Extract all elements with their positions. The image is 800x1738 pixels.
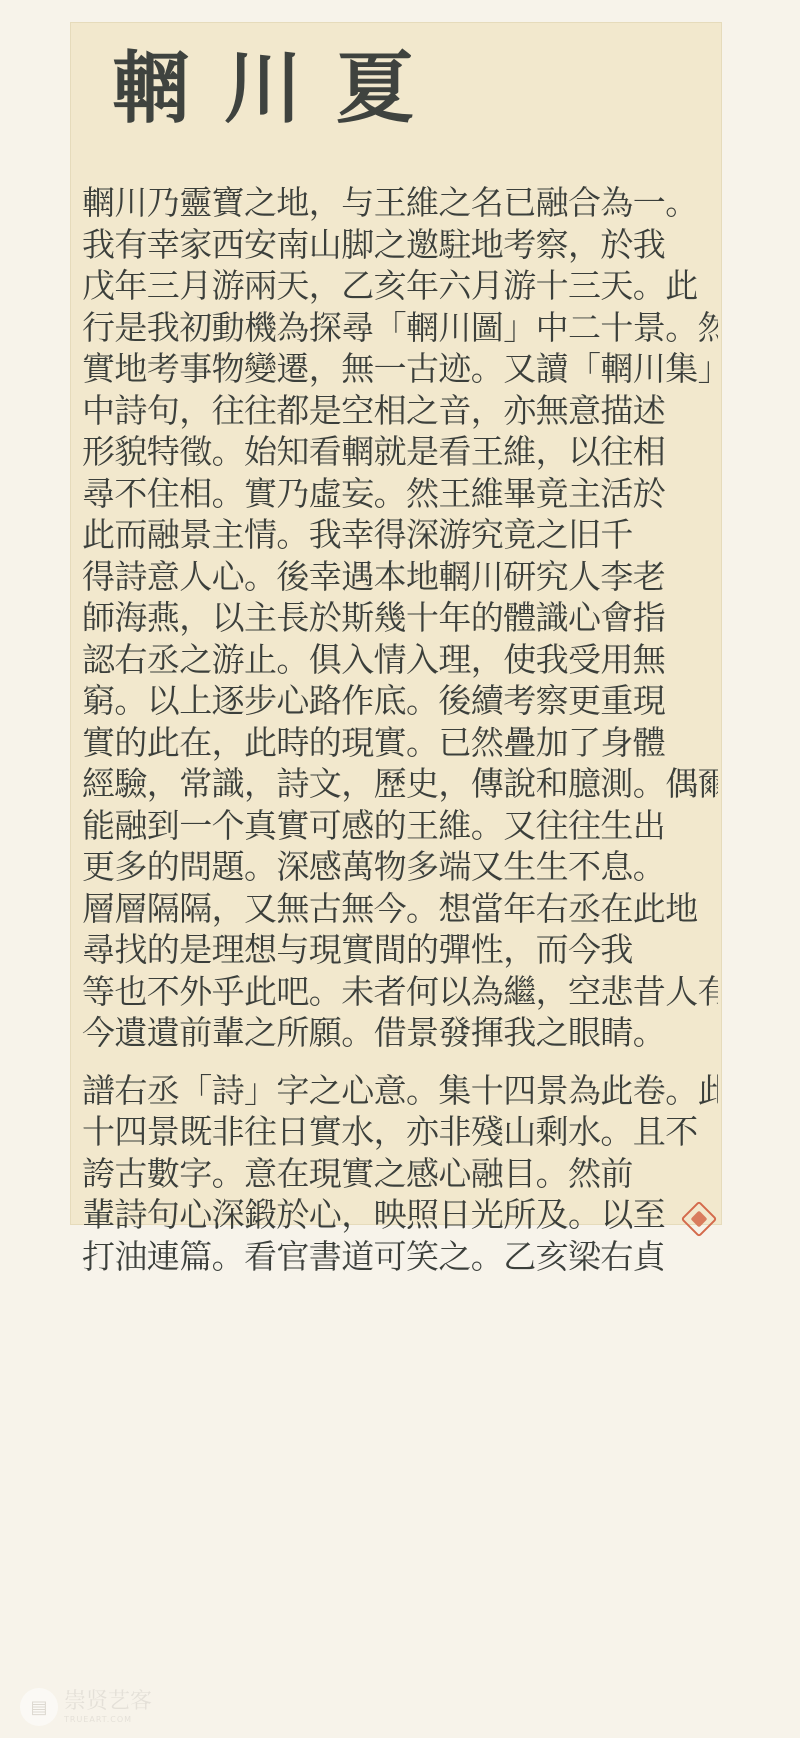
text-line: 尋不住相。實乃虛妄。然王維畢竟主活於	[82, 473, 718, 515]
text-line: 等也不外乎此吧。未者何以為繼，空悲昔人有	[82, 971, 718, 1013]
calligraphy-body: 輞川乃靈寶之地，与王維之名已融合為一。我有幸家西安南山脚之邀駐地考察，於我戊年三…	[82, 182, 718, 1277]
text-line: 實的此在，此時的現實。已然疊加了身體	[82, 722, 718, 764]
text-line: 打油連篇。看官書道可笑之。乙亥梁右貞	[82, 1236, 718, 1278]
text-line: 行是我初動機為探尋「輞川圖」中二十景。然	[82, 307, 718, 349]
text-line: 實地考事物變遷，無一古迹。又讀「輞川集」	[82, 348, 718, 390]
text-line: 層層隔隔，又無古無今。想當年右丞在此地	[82, 888, 718, 930]
watermark-en: TRUEART.COM	[64, 1716, 152, 1724]
chat-bubble-logo-icon: ▤	[20, 1688, 58, 1726]
text-line: 師海燕，以主長於斯幾十年的體識心會指	[82, 597, 718, 639]
watermark-cn: 崇贤艺客	[64, 1691, 152, 1713]
text-line: 經驗，常識，詩文，歷史，傳說和臆測。偶爾	[82, 763, 718, 805]
artwork-title: 輞川夏	[112, 50, 448, 128]
calligraphy-paper: 輞川夏 輞川乃靈寶之地，与王維之名已融合為一。我有幸家西安南山脚之邀駐地考察，於…	[70, 22, 722, 1225]
text-line: 輞川乃靈寶之地，与王維之名已融合為一。	[82, 182, 718, 224]
text-line: 譜右丞「詩」字之心意。集十四景為此卷。此	[82, 1070, 718, 1112]
text-line: 輩詩句心深鍛於心，映照日光所及。以至	[82, 1194, 718, 1236]
text-line: 更多的問題。深感萬物多端又生生不息。	[82, 846, 718, 888]
text-line: 十四景既非往日實水，亦非殘山剩水。且不	[82, 1111, 718, 1153]
text-line: 得詩意人心。後幸遇本地輞川研究人李老	[82, 556, 718, 598]
text-line: 我有幸家西安南山脚之邀駐地考察，於我	[82, 224, 718, 266]
text-line: 認右丞之游止。俱入情入理，使我受用無	[82, 639, 718, 681]
watermark: ▤ 崇贤艺客 TRUEART.COM	[20, 1688, 152, 1726]
text-line: 形貌特徵。始知看輞就是看王維，以往相	[82, 431, 718, 473]
text-line: 窮。以上逐步心路作底。後續考察更重現	[82, 680, 718, 722]
text-line: 戊年三月游兩天，乙亥年六月游十三天。此	[82, 265, 718, 307]
text-line: 中詩句，往往都是空相之音，亦無意描述	[82, 390, 718, 432]
text-line: 能融到一个真實可感的王維。又往往生出	[82, 805, 718, 847]
text-line: 尋找的是理想与現實間的彈性，而今我	[82, 929, 718, 971]
text-line: 誇古數字。意在現實之感心融目。然前	[82, 1153, 718, 1195]
text-line: 此而融景主情。我幸得深游究竟之旧千	[82, 514, 718, 556]
text-line: 今遺遺前輩之所願。借景發揮我之眼睛。	[82, 1012, 718, 1054]
